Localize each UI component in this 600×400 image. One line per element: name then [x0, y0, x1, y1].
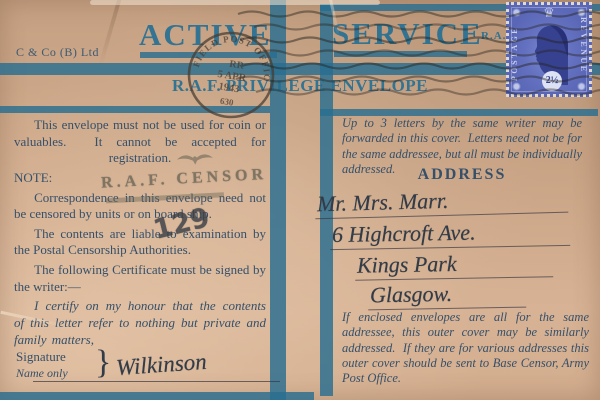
- stamp-value: 2½: [542, 71, 562, 91]
- signature-line: [33, 381, 280, 382]
- signature-label: Signature: [16, 349, 66, 365]
- address-line: Kings Park: [355, 249, 553, 280]
- right-panel-inner-top-border: [320, 109, 598, 116]
- service-title: SERVICE: [332, 16, 483, 52]
- printer-mark: C & Co (B) Ltd: [16, 45, 99, 60]
- censor-number: 129: [150, 202, 212, 246]
- postage-stamp: ♛ POSTAGE REVENUE 2½: [506, 2, 592, 97]
- signature-handwriting: Wilkinson: [115, 349, 207, 381]
- postmark-code: RR: [229, 59, 246, 72]
- address-line: Glasgow.: [368, 280, 526, 311]
- postmark-year: 1943: [218, 81, 240, 95]
- instruction-para-4: The following Certificate must be signed…: [14, 262, 266, 295]
- signature-brace: }: [95, 344, 111, 382]
- certify-text: I certify on my honour that the contents…: [14, 298, 266, 348]
- postmark: FIELD POST OFFICE RR 5 APR 1943 630: [176, 20, 286, 130]
- address-line: 6 Highcroft Ave.: [330, 218, 570, 250]
- address-line: Mr. Mrs. Marr.: [315, 185, 569, 220]
- censor-stamp-text: R.A.F. CENSOR: [101, 166, 268, 193]
- eagle-icon: [176, 151, 215, 167]
- outro-text: If enclosed envelopes are all for the sa…: [342, 310, 589, 386]
- stamp-ornament: [512, 82, 521, 91]
- bottom-border-band: [0, 392, 314, 400]
- address-label: ADDRESS: [342, 166, 582, 184]
- right-panel-outro: If enclosed envelopes are all for the sa…: [342, 310, 589, 389]
- name-only-label: Name only: [16, 366, 68, 381]
- postmark-office-number: 630: [219, 96, 234, 108]
- envelope: C & Co (B) Ltd ACTIVE SERVICE R.A.F. R.A…: [0, 0, 600, 400]
- paper-crease: [98, 0, 122, 67]
- censor-stamp: R.A.F. CENSOR 129: [98, 145, 283, 249]
- censor-stamp-bar: [106, 192, 224, 203]
- stamp-revenue-label: REVENUE: [579, 17, 588, 79]
- stamp-postage-label: POSTAGE: [510, 19, 519, 81]
